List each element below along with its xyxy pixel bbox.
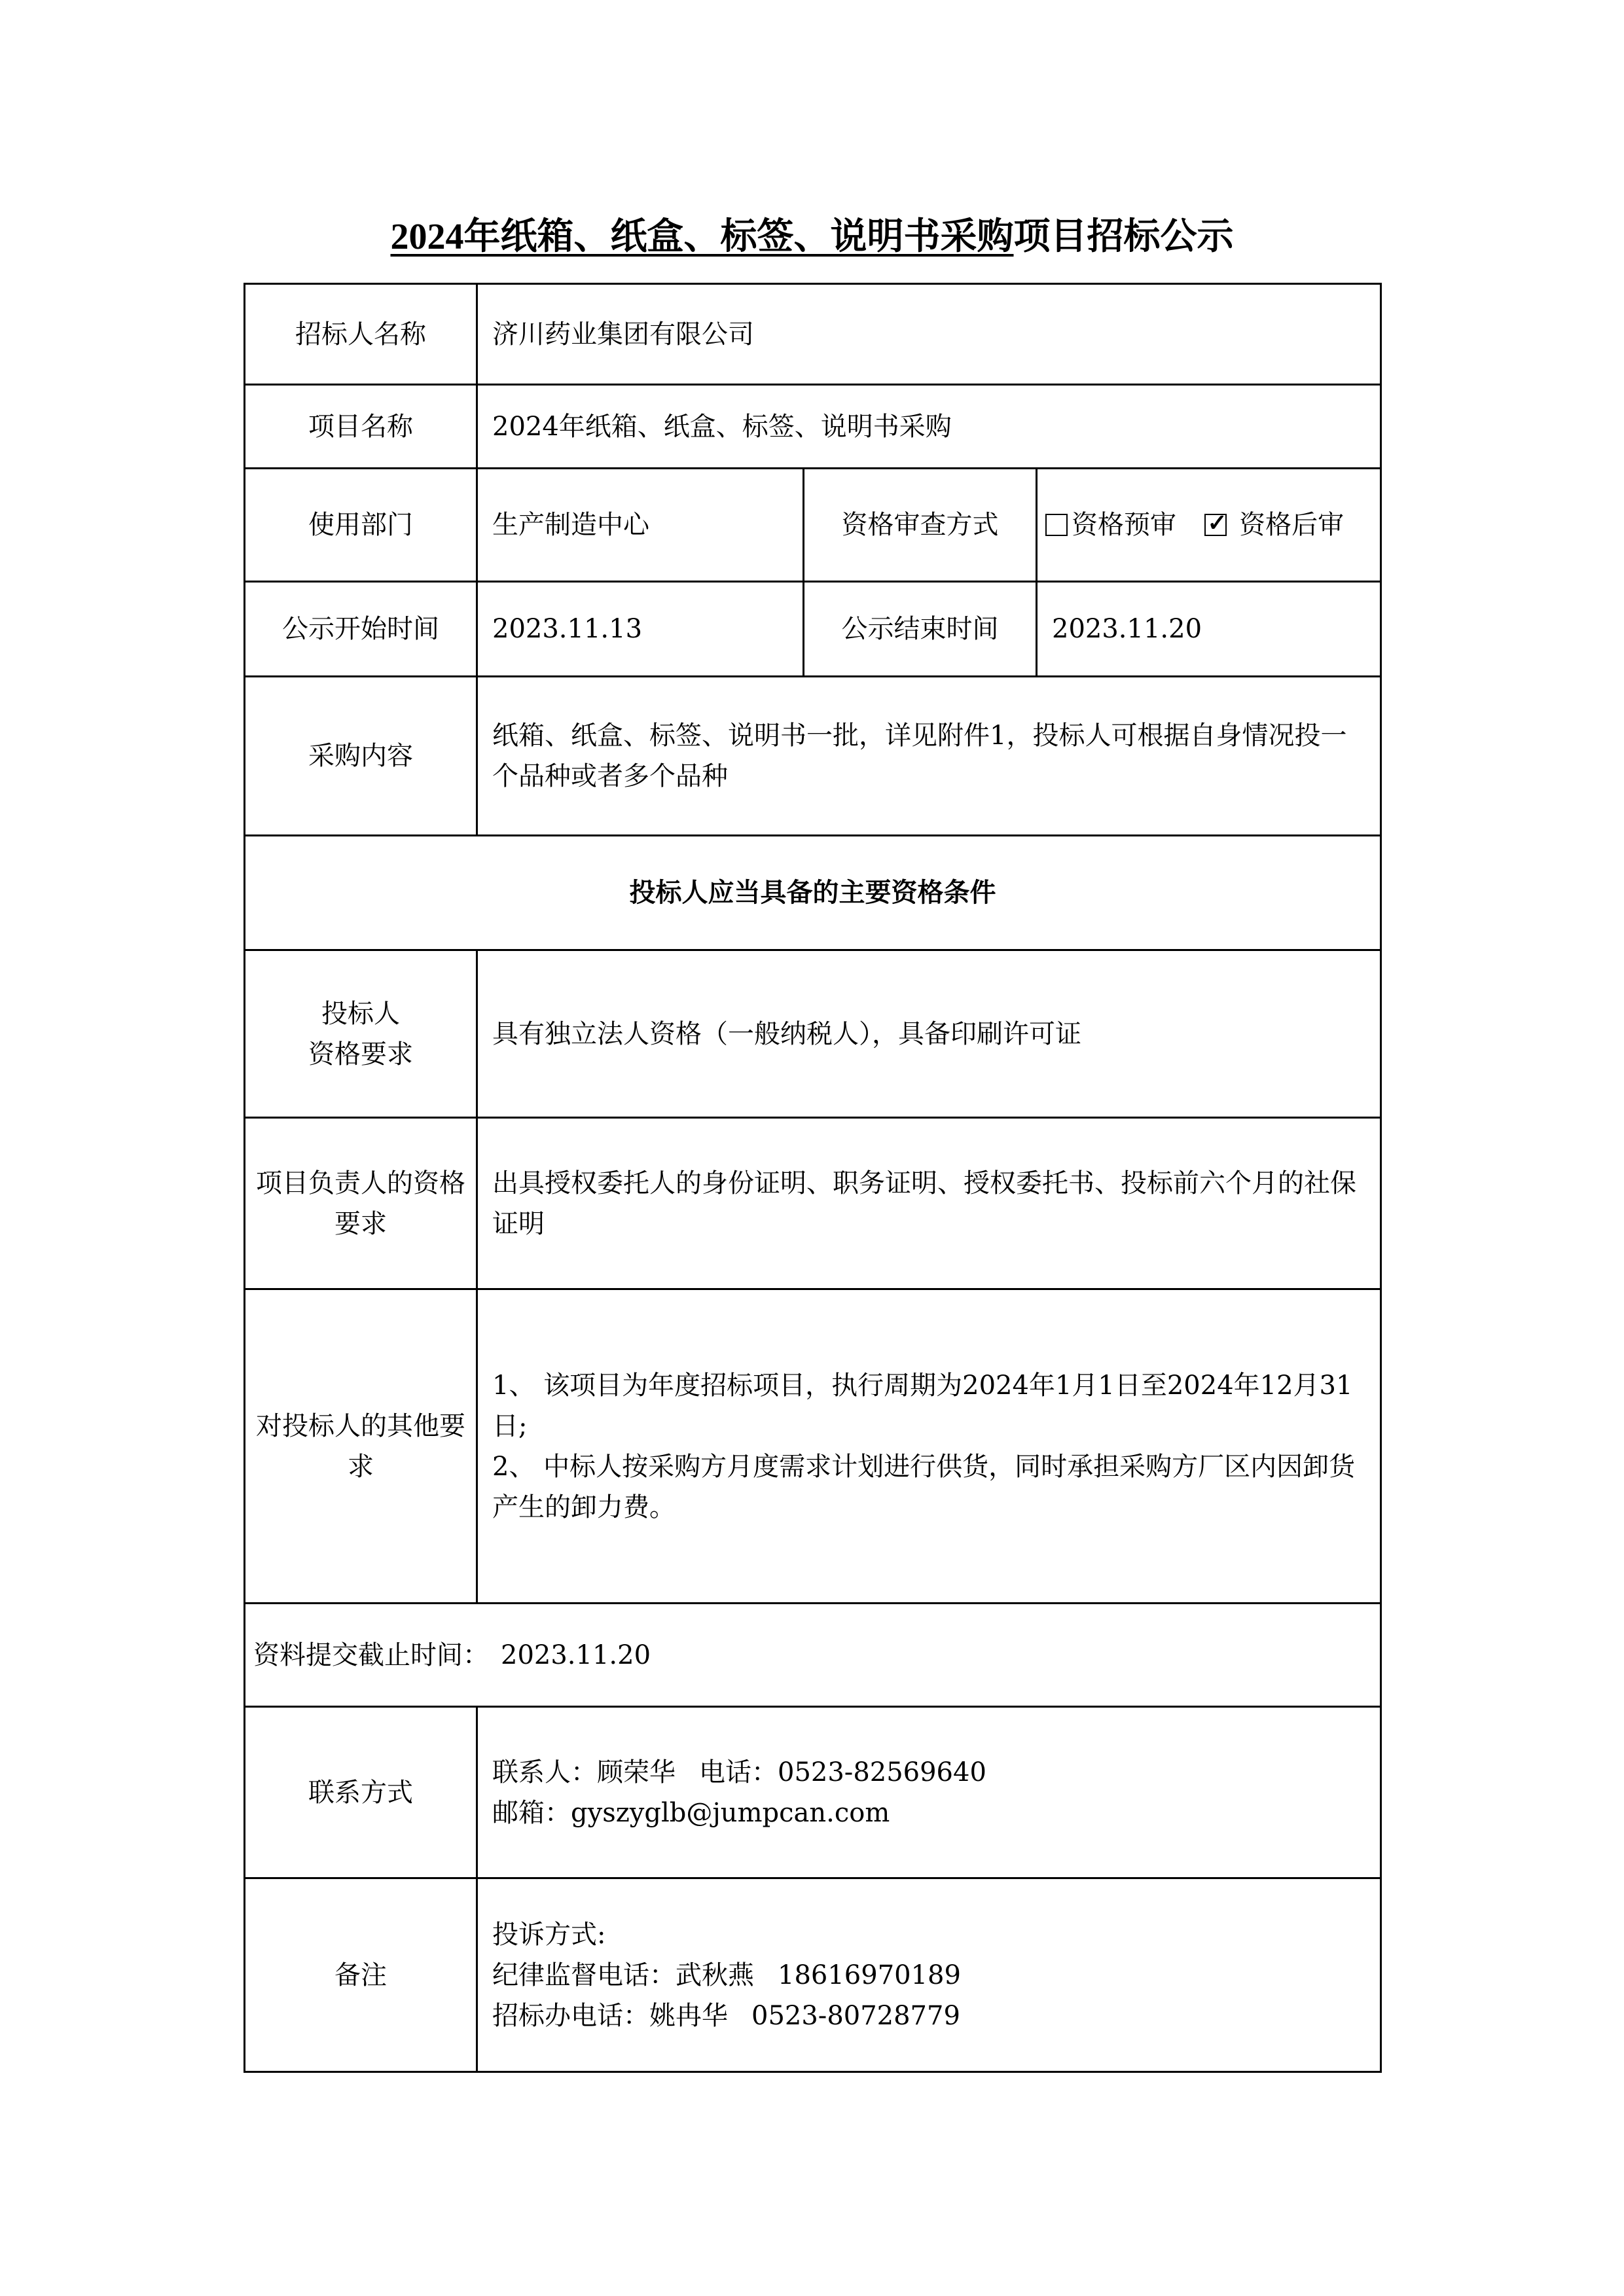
notice-end-value: 2023.11.20	[1037, 582, 1381, 677]
contact-label: 联系方式	[245, 1707, 477, 1878]
submission-deadline-label: 资料提交截止时间：	[253, 1640, 489, 1670]
tender-notice-table: 招标人名称 济川药业集团有限公司 项目名称 2024年纸箱、纸盒、标签、说明书采…	[244, 283, 1382, 2073]
procurement-content-value: 纸箱、纸盒、标签、说明书一批，详见附件1，投标人可根据自身情况投一个品种或者多个…	[477, 677, 1381, 836]
row-tenderer-name: 招标人名称 济川药业集团有限公司	[245, 284, 1381, 385]
other-requirement-item: 1、 该项目为年度招标项目，执行周期为2024年1月1日至2024年12月31日…	[492, 1365, 1371, 1446]
office-name: 姚冉华	[649, 2001, 728, 2031]
notice-start-label: 公示开始时间	[245, 582, 477, 677]
row-project-lead-qualification: 项目负责人的资格要求 出具授权委托人的身份证明、职务证明、授权委托书、投标前六个…	[245, 1118, 1381, 1289]
office-phone: 0523-80728779	[751, 2001, 960, 2031]
discipline-name: 武秋燕	[676, 1960, 754, 1990]
title-underlined-part: 2024年纸箱、纸盒、标签、说明书采购	[391, 217, 1014, 257]
complaint-heading: 投诉方式:	[492, 1914, 1365, 1955]
project-lead-qualification-label: 项目负责人的资格要求	[245, 1118, 477, 1289]
submission-deadline-value: 2023.11.20	[501, 1640, 651, 1670]
contact-email-line: 邮箱：gyszyglb@jumpcan.com	[492, 1793, 1365, 1833]
bidder-qualification-label-line1: 投标人	[252, 994, 469, 1034]
bidder-qualification-value: 具有独立法人资格（一般纳税人），具备印刷许可证	[477, 950, 1381, 1118]
other-requirements-label: 对投标人的其他要求	[245, 1289, 477, 1604]
remarks-label: 备注	[245, 1878, 477, 2072]
department-value: 生产制造中心	[477, 469, 804, 582]
project-name-value: 2024年纸箱、纸盒、标签、说明书采购	[477, 385, 1381, 469]
postqualification-checkbox[interactable]	[1204, 514, 1227, 536]
procurement-content-label: 采购内容	[245, 677, 477, 836]
notice-end-label: 公示结束时间	[804, 582, 1037, 677]
office-label: 招标办电话：	[492, 2001, 649, 2031]
bidder-qualification-label-line2: 资格要求	[252, 1034, 469, 1075]
prequalification-checkbox[interactable]	[1045, 514, 1068, 536]
contact-person-name: 顾荣华	[597, 1757, 676, 1787]
qualification-section-heading: 投标人应当具备的主要资格条件	[245, 836, 1381, 950]
remarks-value: 投诉方式: 纪律监督电话：武秋燕18616970189 招标办电话：姚冉华052…	[477, 1878, 1381, 2072]
qualification-review-label: 资格审查方式	[804, 469, 1037, 582]
submission-deadline: 资料提交截止时间：2023.11.20	[245, 1604, 1381, 1707]
row-remarks: 备注 投诉方式: 纪律监督电话：武秋燕18616970189 招标办电话：姚冉华…	[245, 1878, 1381, 2072]
contact-email-label: 邮箱：	[492, 1798, 571, 1828]
other-requirement-item: 2、 中标人按采购方月度需求计划进行供货，同时承担采购方厂区内因卸货产生的卸力费…	[492, 1446, 1371, 1528]
contact-value: 联系人：顾荣华电话：0523-82569640 邮箱：gyszyglb@jump…	[477, 1707, 1381, 1878]
prequalification-label: 资格预审	[1072, 510, 1176, 540]
row-notice-dates: 公示开始时间 2023.11.13 公示结束时间 2023.11.20	[245, 582, 1381, 677]
other-requirements-value: 1、 该项目为年度招标项目，执行周期为2024年1月1日至2024年12月31日…	[477, 1289, 1381, 1604]
discipline-phone: 18616970189	[778, 1960, 961, 1990]
row-contact: 联系方式 联系人：顾荣华电话：0523-82569640 邮箱：gyszyglb…	[245, 1707, 1381, 1878]
discipline-supervision-line: 纪律监督电话：武秋燕18616970189	[492, 1955, 1365, 1996]
row-project-name: 项目名称 2024年纸箱、纸盒、标签、说明书采购	[245, 385, 1381, 469]
title-rest: 项目招标公示	[1014, 217, 1234, 257]
postqualification-label: 资格后审	[1239, 510, 1344, 540]
tender-office-line: 招标办电话：姚冉华0523-80728779	[492, 1996, 1365, 2036]
qualification-review-options: 资格预审 资格后审	[1037, 469, 1381, 582]
department-label: 使用部门	[245, 469, 477, 582]
row-section-heading: 投标人应当具备的主要资格条件	[245, 836, 1381, 950]
contact-person-label: 联系人：	[492, 1757, 597, 1787]
bidder-qualification-label: 投标人 资格要求	[245, 950, 477, 1118]
discipline-label: 纪律监督电话：	[492, 1960, 676, 1990]
tenderer-name-value: 济川药业集团有限公司	[477, 284, 1381, 385]
project-name-label: 项目名称	[245, 385, 477, 469]
row-department: 使用部门 生产制造中心 资格审查方式 资格预审 资格后审	[245, 469, 1381, 582]
contact-email: gyszyglb@jumpcan.com	[571, 1798, 890, 1828]
project-lead-qualification-value: 出具授权委托人的身份证明、职务证明、授权委托书、投标前六个月的社保证明	[477, 1118, 1381, 1289]
contact-phone: 0523-82569640	[778, 1757, 986, 1787]
notice-start-value: 2023.11.13	[477, 582, 804, 677]
row-bidder-qualification: 投标人 资格要求 具有独立法人资格（一般纳税人），具备印刷许可证	[245, 950, 1381, 1118]
row-other-requirements: 对投标人的其他要求 1、 该项目为年度招标项目，执行周期为2024年1月1日至2…	[245, 1289, 1381, 1604]
tenderer-name-label: 招标人名称	[245, 284, 477, 385]
contact-phone-label: 电话：	[699, 1757, 778, 1787]
contact-person-line: 联系人：顾荣华电话：0523-82569640	[492, 1752, 1365, 1793]
row-procurement-content: 采购内容 纸箱、纸盒、标签、说明书一批，详见附件1，投标人可根据自身情况投一个品…	[245, 677, 1381, 836]
row-submission-deadline: 资料提交截止时间：2023.11.20	[245, 1604, 1381, 1707]
page-title: 2024年纸箱、纸盒、标签、说明书采购项目招标公示	[0, 211, 1624, 263]
